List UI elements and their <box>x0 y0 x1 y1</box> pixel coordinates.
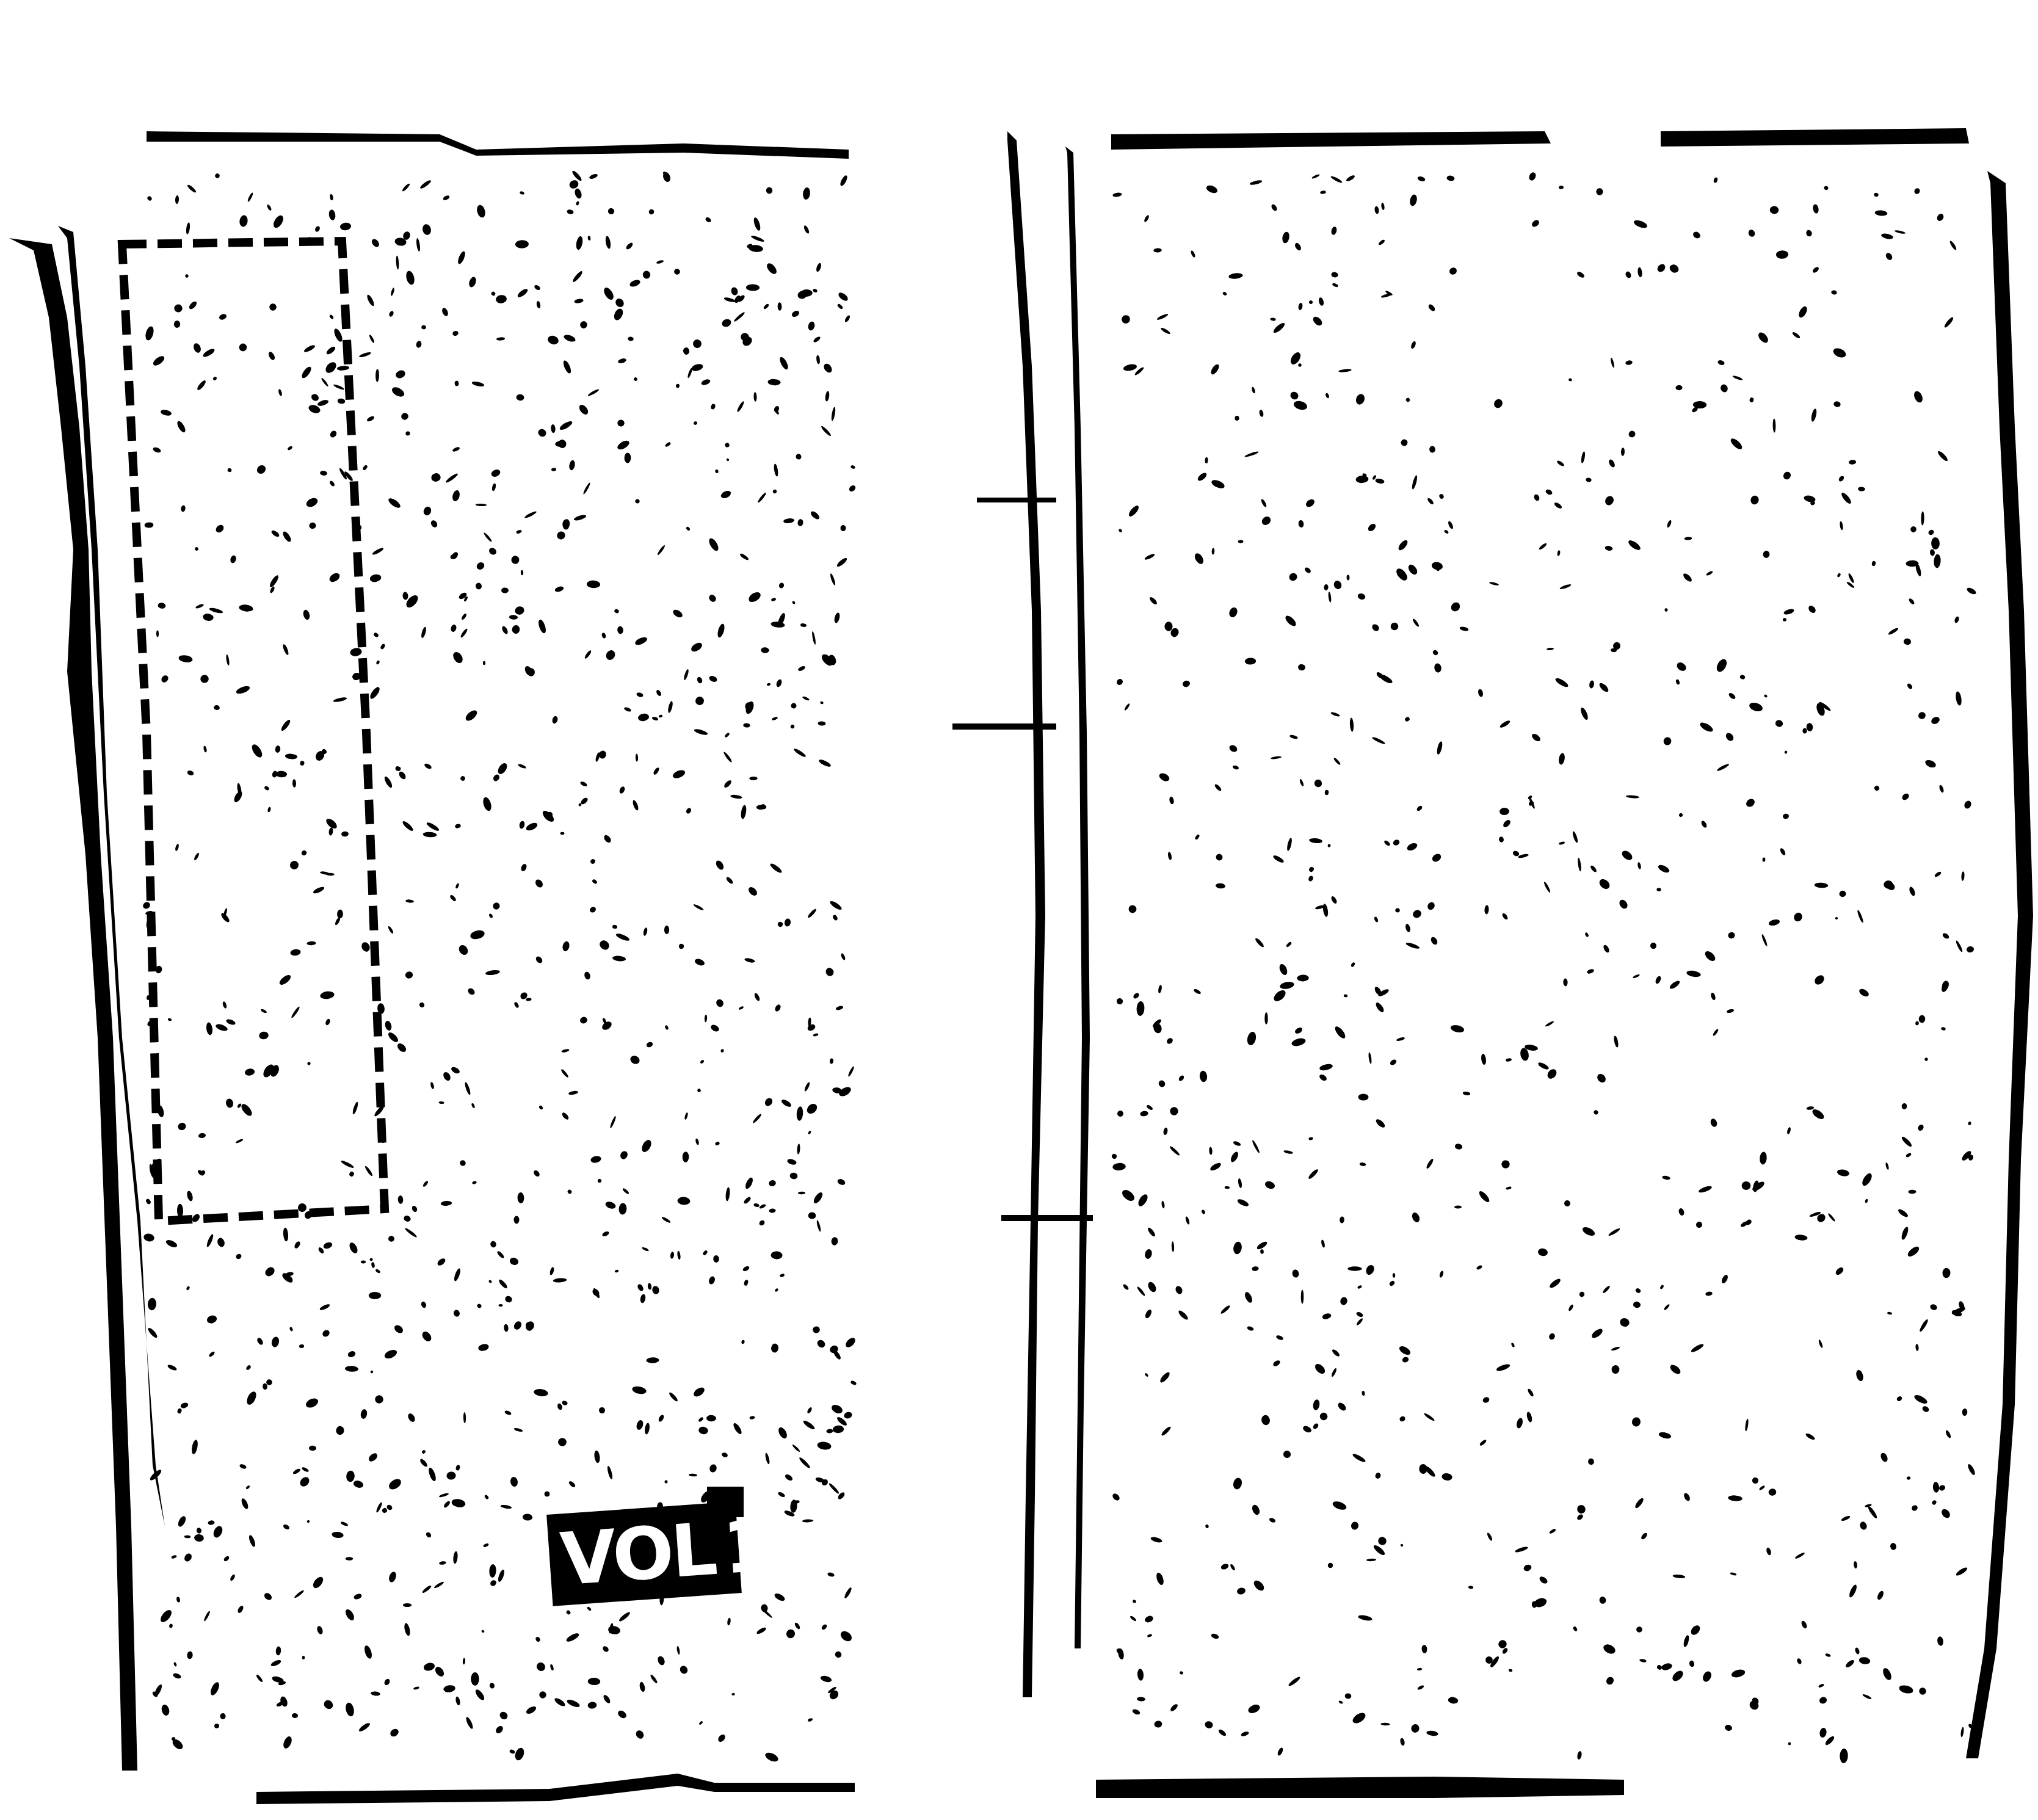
volume-label: VOL 1 <box>546 1501 742 1606</box>
foxing-speckles <box>142 170 1977 1763</box>
right-board-right-edge <box>1966 171 2033 1758</box>
spine-stitching <box>952 131 1093 1697</box>
title-label-frame <box>122 241 385 1221</box>
volume-number: 1 <box>720 1499 774 1594</box>
right-board-top-edge <box>1111 131 1551 150</box>
right-board-top-edge-2 <box>1661 128 1969 147</box>
left-board-top-edge <box>147 131 849 159</box>
book-cover-scan <box>0 0 2038 1820</box>
volume-prefix: VOL <box>557 1503 718 1605</box>
left-board-bottom-edge <box>256 1774 855 1804</box>
right-board-bottom-edge <box>1096 1777 1624 1798</box>
